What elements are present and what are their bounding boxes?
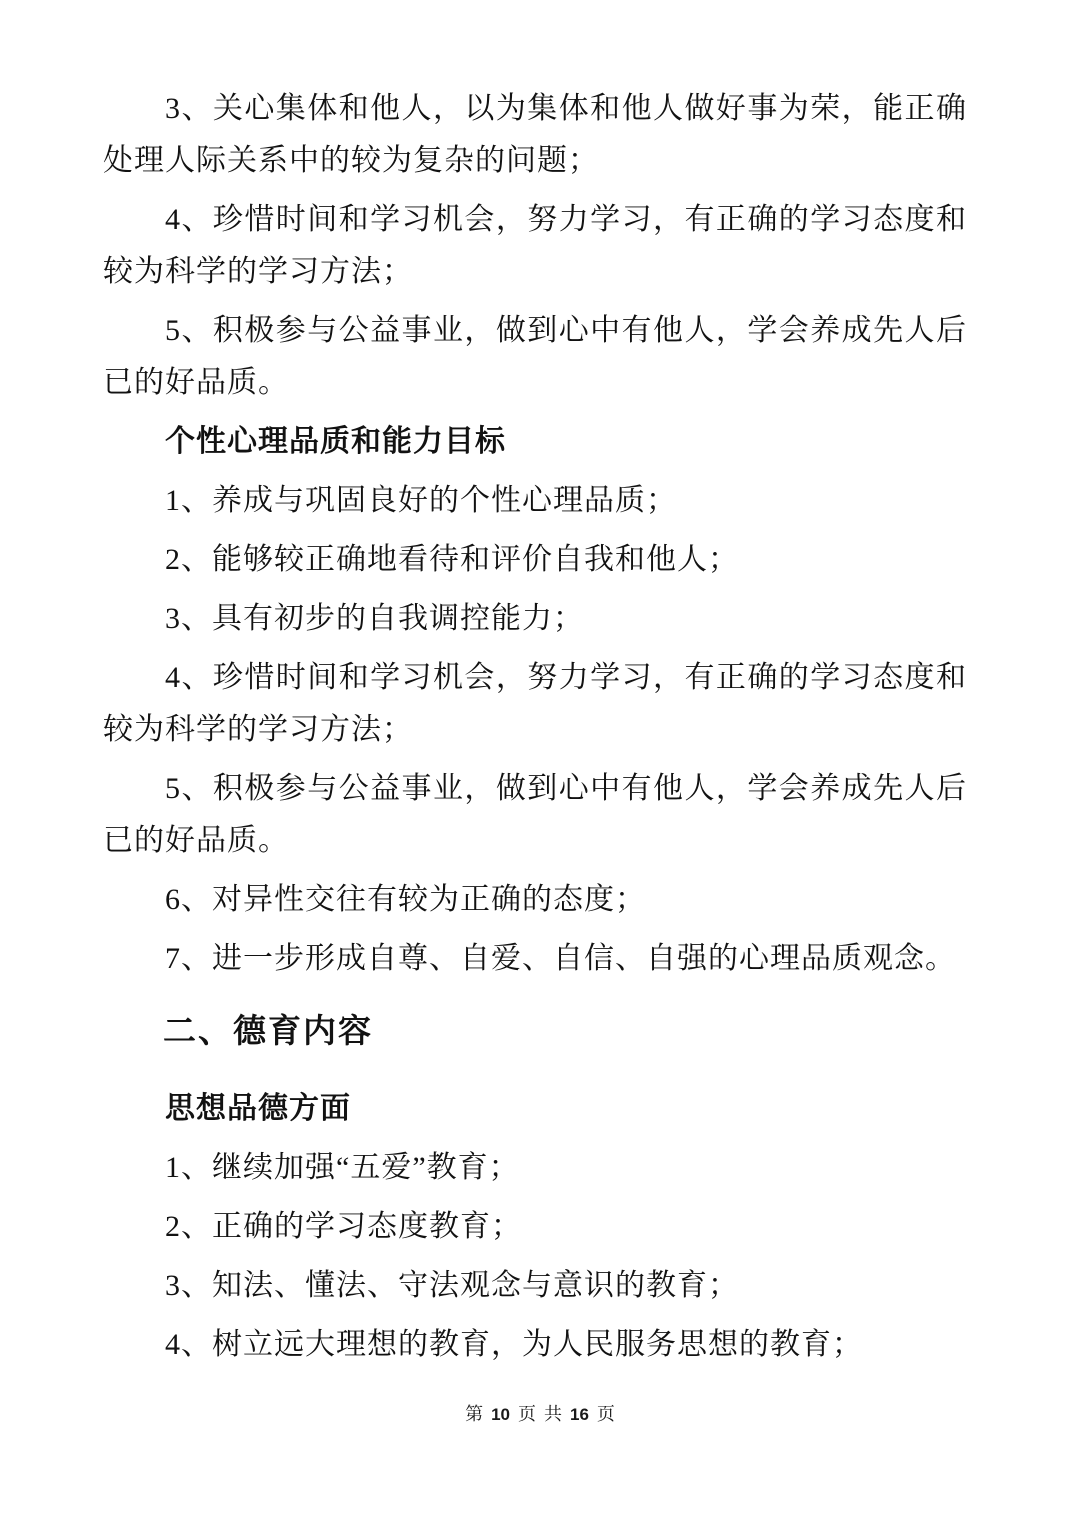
footer-label-di: 第 — [465, 1404, 483, 1424]
body-paragraph: 1、继续加强“五爱”教育； — [103, 1142, 967, 1194]
body-paragraph: 4、珍惜时间和学习机会，努力学习，有正确的学习态度和较为科学的学习方法； — [103, 194, 967, 298]
footer-label-ye: 页 — [518, 1404, 536, 1424]
body-paragraph: 7、进一步形成自尊、自爱、自信、自强的心理品质观念。 — [103, 933, 967, 985]
page-footer: 第10页共16页 — [0, 1402, 1080, 1427]
body-paragraph: 3、具有初步的自我调控能力； — [103, 593, 967, 645]
body-paragraph: 2、正确的学习态度教育； — [103, 1201, 967, 1253]
body-paragraph: 4、树立远大理想的教育，为人民服务思想的教育； — [103, 1319, 967, 1371]
footer-total-pages: 16 — [570, 1405, 589, 1424]
document-content: 3、关心集体和他人，以为集体和他人做好事为荣，能正确处理人际关系中的较为复杂的问… — [103, 83, 967, 1378]
subheading-ideology-morality: 思想品德方面 — [103, 1083, 967, 1135]
document-page: 3、关心集体和他人，以为集体和他人做好事为荣，能正确处理人际关系中的较为复杂的问… — [0, 0, 1080, 1527]
footer-label-gong: 共 — [544, 1404, 562, 1424]
body-paragraph: 2、能够较正确地看待和评价自我和他人； — [103, 534, 967, 586]
body-paragraph: 4、珍惜时间和学习机会，努力学习，有正确的学习态度和较为科学的学习方法； — [103, 652, 967, 756]
section-heading-moral-education-content: 二、德育内容 — [103, 1003, 967, 1061]
body-paragraph: 3、知法、懂法、守法观念与意识的教育； — [103, 1260, 967, 1312]
body-paragraph: 6、对异性交往有较为正确的态度； — [103, 874, 967, 926]
footer-page-number: 10 — [491, 1405, 510, 1424]
body-paragraph: 5、积极参与公益事业，做到心中有他人，学会养成先人后已的好品质。 — [103, 763, 967, 867]
body-paragraph: 1、养成与巩固良好的个性心理品质； — [103, 475, 967, 527]
subheading-personality-goals: 个性心理品质和能力目标 — [103, 416, 967, 468]
body-paragraph: 3、关心集体和他人，以为集体和他人做好事为荣，能正确处理人际关系中的较为复杂的问… — [103, 83, 967, 187]
footer-label-ye: 页 — [597, 1404, 615, 1424]
body-paragraph: 5、积极参与公益事业，做到心中有他人，学会养成先人后已的好品质。 — [103, 305, 967, 409]
